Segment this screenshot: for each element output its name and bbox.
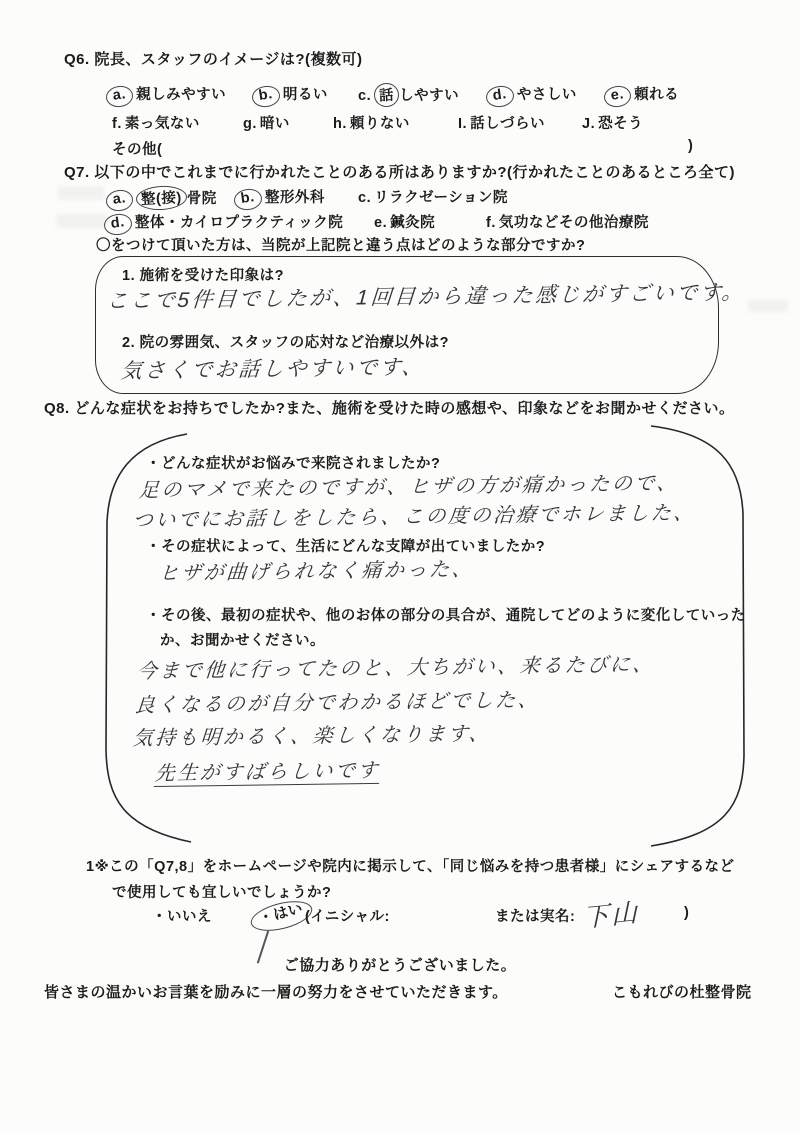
option-label: 話しづらい [470, 116, 545, 132]
q8-prompt3-line1: ・その後、最初の症状や、他のお体の部分の具合が、通院してどのように変化していった [146, 604, 746, 625]
q6-option-d: d.やさしい [486, 83, 577, 107]
option-label-tail: 骨院 [187, 191, 217, 207]
option-letter: a. [112, 86, 127, 104]
option-letter: c. [358, 190, 371, 206]
option-letter: b. [258, 86, 274, 104]
q6-option-g: g.暗い [243, 112, 290, 133]
scan-bleed-artifact [58, 186, 104, 200]
option-label: 整体・カイロプラクティック院 [135, 215, 343, 231]
q7-sub2-handwritten-answer: 気さくでお話しやすいです、 [120, 351, 426, 385]
option-letter: J. [582, 116, 595, 132]
q8-answer3-line4-underlined: 先生がすばらしいです [154, 754, 381, 786]
option-label: やさしい [517, 87, 577, 103]
footer-thanks: ご協力ありがとうございました。 [0, 954, 800, 975]
option-label: 気功などその他治療院 [499, 215, 649, 231]
footer-clinic-name: こもれびの杜整骨院 [612, 981, 752, 1002]
q6-title: Q6. 院長、スタッフのイメージは?(複数可) [64, 48, 363, 69]
q6-option-j: J.恐そう [582, 112, 643, 133]
consent-option-yes: ・はい [250, 903, 313, 929]
q6-option-i: I.話しづらい [458, 112, 545, 133]
q6-option-h: h.頼りない [333, 112, 410, 133]
consent-line2: で使用しても宜しいでしょうか? [112, 881, 331, 902]
consent-option-no: ・いいえ [152, 905, 212, 926]
consent-realname-handwritten: 下山 [582, 892, 640, 935]
q8-title: Q8. どんな症状をお持ちでしたか?また、施術を受けた時の感想や、印象などをお聞… [44, 397, 735, 418]
q8-answer3-line2: 良くなるのが自分でわかるほどでした、 [134, 683, 542, 718]
q6-other-close-paren: ) [688, 138, 693, 154]
option-letter: d. [110, 214, 126, 232]
option-label: 鍼灸院 [390, 215, 435, 231]
q8-prompt2: ・その症状によって、生活にどんな支障が出ていましたか? [146, 535, 545, 556]
pen-circle-mark: 整(接) [136, 185, 188, 212]
q8-answer2-handwritten: ヒザが曲げられなく痛かった、 [158, 553, 475, 586]
q8-answer3-line3: 気持も明かるく、楽しくなります、 [132, 717, 493, 751]
consent-initial-label: (イニシャル: [305, 905, 390, 926]
pen-circle-mark: d. [485, 84, 516, 109]
option-label: 頼りない [350, 116, 410, 132]
pen-circle-mark: b. [233, 187, 264, 212]
option-letter: f. [112, 116, 122, 132]
option-letter: e. [374, 215, 387, 231]
q6-option-a: a.親しみやすい [106, 83, 226, 107]
footer-message: 皆さまの温かいお言葉を励みに一層の努力をさせていただきます。 [44, 981, 508, 1002]
consent-realname-label: または実名: [495, 905, 575, 926]
option-letter: a. [112, 190, 127, 208]
option-label: 恐そう [598, 116, 643, 132]
pen-circle-mark: a. [105, 84, 135, 109]
option-label: 明るい [283, 87, 328, 103]
option-label: 親しみやすい [136, 87, 226, 103]
q6-option-e: e.頼れる [604, 83, 679, 107]
scan-bleed-artifact [56, 214, 108, 228]
q7-option-f: f.気功などその他治療院 [486, 211, 649, 232]
option-letter: f. [486, 215, 496, 231]
option-label-tail: しやすい [399, 88, 459, 104]
consent-close-paren: ) [684, 905, 689, 921]
option-label: 素っ気ない [125, 116, 200, 132]
option-letter: h. [333, 116, 347, 132]
q7-option-b: b.整形外科 [234, 186, 325, 210]
option-letter: I. [458, 116, 467, 132]
q6-other-field: その他( [112, 138, 162, 159]
option-letter: d. [492, 86, 508, 104]
option-letter: e. [610, 86, 625, 104]
q6-option-b: b.明るい [252, 83, 328, 107]
scanned-questionnaire-page: Q6. 院長、スタッフのイメージは?(複数可) a.親しみやすい b.明るい c… [0, 0, 800, 1131]
pen-circle-mark: a. [105, 188, 135, 213]
option-label: 頼れる [634, 87, 679, 103]
option-label: リラクゼーション院 [374, 190, 508, 206]
pen-circle-mark: 話 [373, 82, 399, 107]
consent-line1: 1※この「Q7,8」をホームページや院内に掲示して、「同じ悩みを持つ患者様」にシ… [86, 855, 734, 876]
option-letter: g. [243, 116, 257, 132]
q7-option-c: c.リラクゼーション院 [358, 186, 508, 207]
q7-option-d: d.整体・カイロプラクティック院 [104, 211, 343, 235]
q7-note: 〇をつけて頂いた方は、当院が上記院と違う点はどのような部分ですか? [96, 234, 585, 255]
q7-option-e: e.鍼灸院 [374, 211, 435, 232]
option-label-head: 話 [379, 88, 395, 105]
q7-sub1-label: 1. 施術を受けた印象は? [122, 264, 284, 285]
option-letter: b. [240, 189, 256, 207]
option-letter: c. [358, 88, 371, 104]
q7-title: Q7. 以下の中でこれまでに行かれたことのある所はありますか?(行かれたことのあ… [64, 161, 735, 182]
scan-bleed-artifact [748, 300, 788, 312]
q7-sub2-label: 2. 院の雰囲気、スタッフの応対など治療以外は? [122, 331, 449, 352]
q6-option-f: f.素っ気ない [112, 112, 200, 133]
q7-option-a: a.整(接)骨院 [106, 186, 217, 211]
option-label: 整形外科 [265, 190, 325, 206]
pen-circle-mark: e. [603, 84, 633, 109]
option-label: 暗い [260, 116, 290, 132]
pen-circle-mark: b. [251, 84, 282, 109]
q8-prompt3-line2: か、お聞かせください。 [160, 629, 325, 650]
q6-option-c: c.話しやすい [358, 83, 459, 107]
q7-answers-box: 1. 施術を受けた印象は? ここで5件目でしたが、1回目から違った感じがすごいで… [95, 256, 719, 394]
option-label-head: 整(接) [141, 190, 182, 208]
